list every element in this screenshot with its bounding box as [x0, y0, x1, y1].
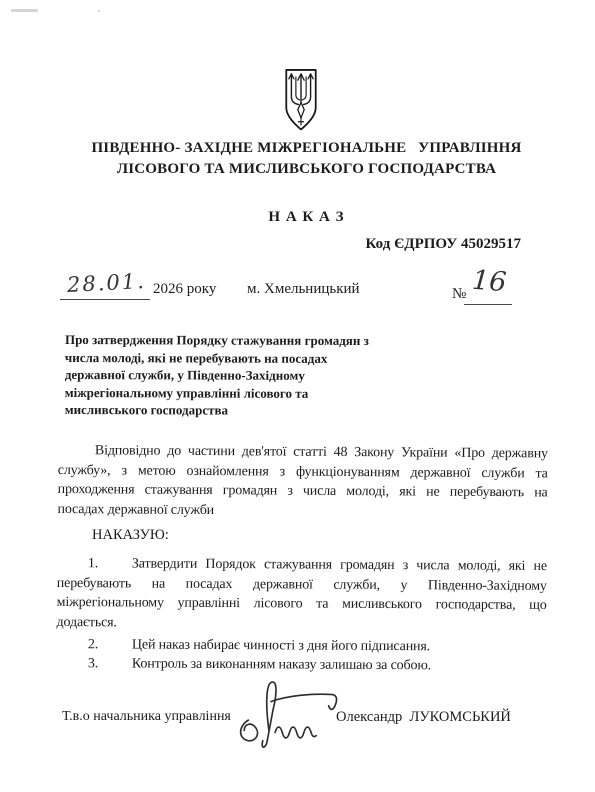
number-sign: №	[452, 286, 466, 303]
edrpou-code: Код ЄДРПОУ 45029517	[366, 236, 521, 253]
item-number: 3.	[57, 654, 132, 674]
order-item-1: 1.Затвердити Порядок стажування громадян…	[57, 554, 547, 635]
ukraine-trident-emblem-icon	[281, 68, 321, 132]
item-text: Контроль за виконанням наказу залишаю за…	[132, 656, 431, 673]
city-label: м. Хмельницький	[247, 281, 360, 298]
preamble-line: Відповідно до частини дев'ятої статті 48…	[58, 441, 548, 464]
preamble-line: проходження стажування громадян з числа …	[58, 480, 548, 503]
preamble-line: посадах державної служби	[57, 499, 547, 522]
item-text: Цей наказ набирає чинності з дня його пі…	[132, 637, 430, 654]
handwritten-date: 28.01.	[66, 269, 146, 297]
scanned-order-document: ПІВДЕННО- ЗАХІДНЕ МІЖРЕГІОНАЛЬНЕ УПРАВЛІ…	[0, 0, 595, 792]
subject-line: мисливського господарства	[65, 401, 370, 420]
organization-name: ПІВДЕННО- ЗАХІДНЕ МІЖРЕГІОНАЛЬНЕ УПРАВЛІ…	[18, 138, 595, 180]
handwritten-order-number: 16	[471, 265, 507, 298]
order-word: НАКАЗУЮ:	[92, 527, 169, 544]
item-text: Затвердити Порядок стажування громадян з…	[132, 556, 547, 574]
item-number: 1.	[57, 554, 132, 574]
order-number-underline	[464, 304, 512, 305]
order-item-3: 3.Контроль за виконанням наказу залишаю …	[57, 654, 547, 676]
scan-artifact-dot	[98, 10, 100, 12]
order-item-1-line: міжрегіональному управлінні лісового та …	[57, 593, 547, 615]
order-item-1-line: 1.Затвердити Порядок стажування громадян…	[57, 554, 547, 576]
signatory-name: Олександр ЛУКОМСЬКИЙ	[336, 709, 511, 726]
subject-line: Про затвердження Порядку стажування гром…	[65, 331, 370, 350]
subject-line: державної служби, у Південно-Західному	[65, 366, 370, 385]
subject-paragraph: Про затвердження Порядку стажування гром…	[65, 331, 370, 420]
handwritten-signature-icon	[236, 679, 344, 751]
item-number: 2.	[57, 635, 132, 655]
subject-line: міжрегіональному управлінні лісового та	[65, 383, 370, 402]
order-title: Н А К А З	[18, 209, 595, 226]
scan-artifact-smudge	[11, 9, 38, 12]
year-label: 2026 року	[153, 281, 216, 298]
order-item-1-line: додається.	[57, 612, 547, 634]
subject-line: числа молоді, які не перебувають на поса…	[65, 348, 370, 367]
order-item-3-line: 3.Контроль за виконанням наказу залишаю …	[57, 654, 547, 676]
organization-name-line2: ЛІСОВОГО ТА МИСЛИВСЬКОГО ГОСПОДАРСТВА	[18, 159, 595, 180]
organization-name-line1: ПІВДЕННО- ЗАХІДНЕ МІЖРЕГІОНАЛЬНЕ УПРАВЛІ…	[18, 138, 595, 159]
date-underline	[60, 299, 150, 300]
signatory-position: Т.в.о начальника управління	[62, 709, 231, 725]
preamble-paragraph: Відповідно до частини дев'ятої статті 48…	[57, 441, 548, 522]
